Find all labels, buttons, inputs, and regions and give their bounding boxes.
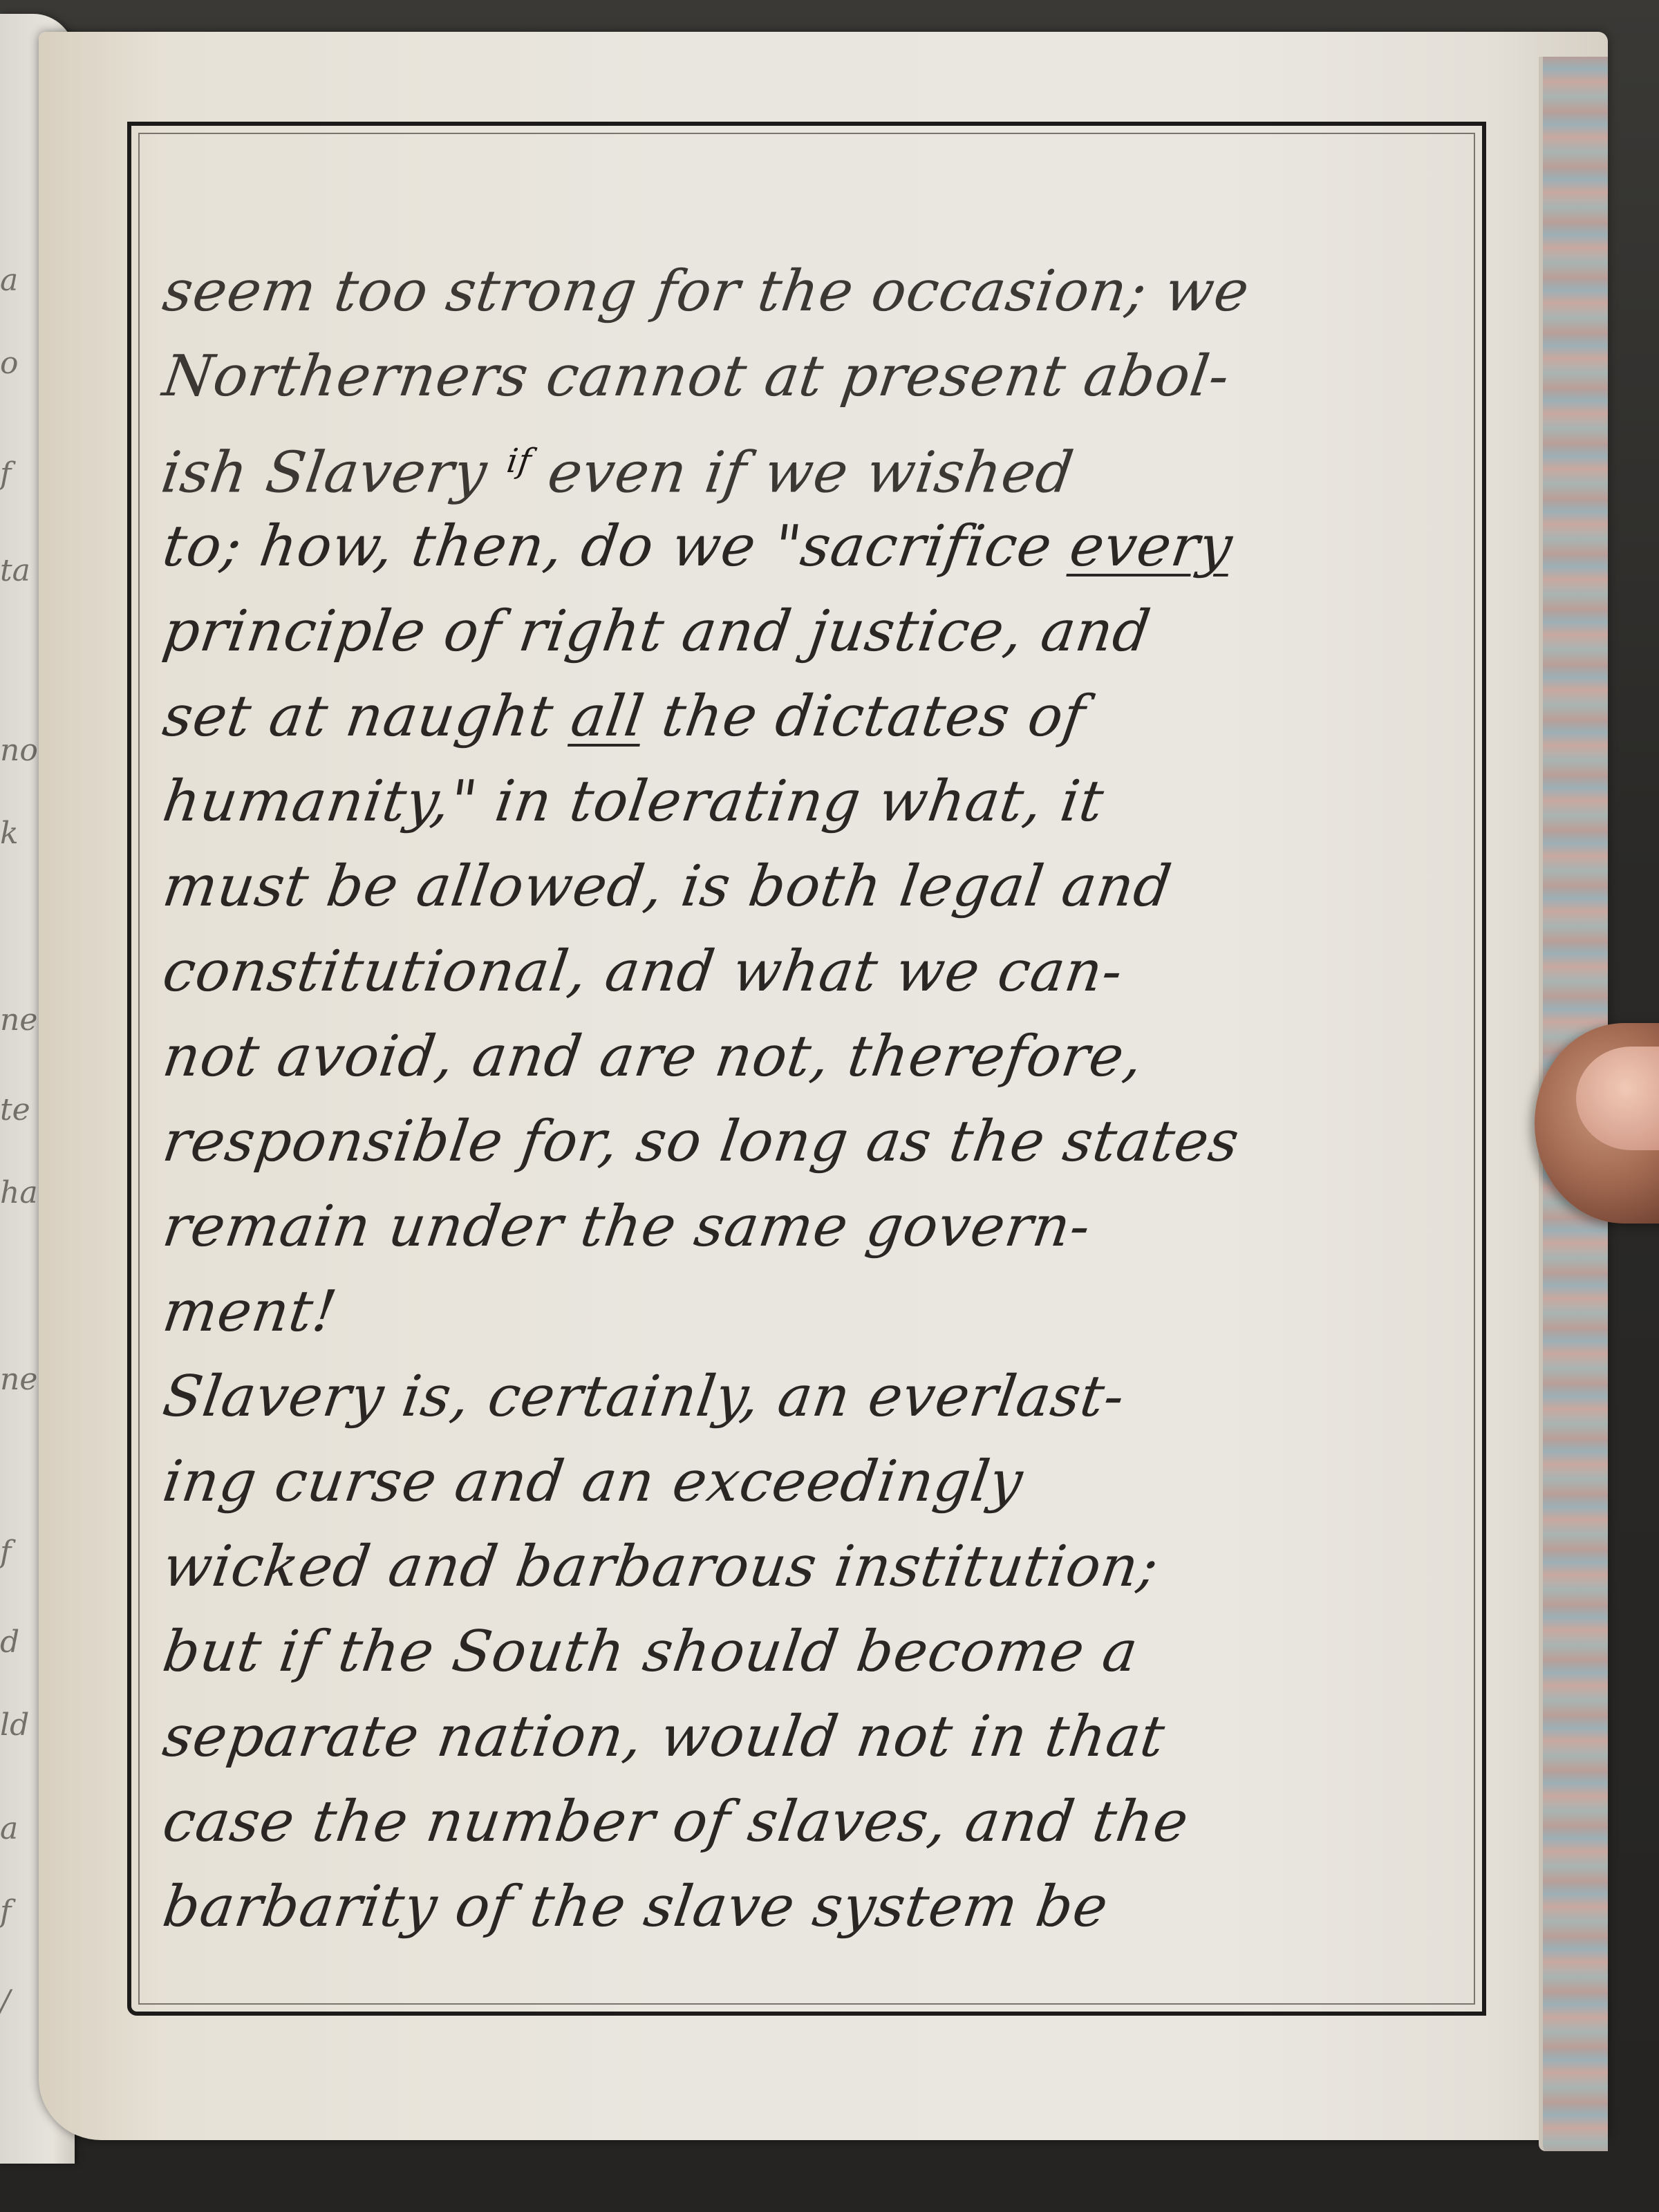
underlined-word: all xyxy=(567,684,648,749)
left-fragment: ne xyxy=(0,1002,37,1038)
text-line: principle of right and justice, and xyxy=(158,589,1524,674)
left-fragment: / xyxy=(0,1984,10,2019)
left-fragment: d xyxy=(0,1624,19,1660)
text-line: responsible for, so long as the states xyxy=(158,1099,1524,1184)
text-line: must be allowed, is both legal and xyxy=(158,844,1524,929)
left-fragment: ta xyxy=(0,553,30,588)
left-fragment: a xyxy=(0,1811,18,1846)
handwritten-text: seem too strong for the occasion; we Nor… xyxy=(158,249,1512,1949)
text-line: ing curse and an exceedingly xyxy=(158,1439,1524,1524)
text-line: separate nation, would not in that xyxy=(158,1694,1524,1779)
left-fragment: o xyxy=(0,346,19,381)
left-fragment: f xyxy=(0,456,11,491)
left-fragment: k xyxy=(0,816,19,851)
text-line: but if the South should become a xyxy=(158,1609,1524,1694)
text-line: ment! xyxy=(158,1269,1524,1354)
text-line: seem too strong for the occasion; we xyxy=(158,249,1524,334)
text-line: ish Slavery if even if we wished xyxy=(158,419,1524,504)
left-fragment: f xyxy=(0,1894,11,1929)
text-line: remain under the same govern- xyxy=(158,1184,1524,1269)
text-line: wicked and barbarous institution; xyxy=(158,1524,1524,1609)
underlined-word: every xyxy=(1066,514,1237,579)
text-line: Northerners cannot at present abol- xyxy=(158,334,1524,419)
left-fragment: ha xyxy=(0,1175,38,1210)
text-line: not avoid, and are not, therefore, xyxy=(158,1014,1524,1099)
thumbnail xyxy=(1576,1047,1659,1150)
left-fragment: f xyxy=(0,1535,11,1570)
text-line: constitutional, and what we can- xyxy=(158,929,1524,1014)
left-fragment: no xyxy=(0,733,38,768)
text-line: barbarity of the slave system be xyxy=(158,1864,1524,1949)
text-line: set at naught all the dictates of xyxy=(158,674,1524,759)
left-fragment: ld xyxy=(0,1707,29,1743)
text-line: to; how, then, do we "sacrifice every xyxy=(158,504,1524,589)
left-fragment: a xyxy=(0,263,18,298)
text-line: Slavery is, certainly, an everlast- xyxy=(158,1354,1524,1439)
text-line: humanity," in tolerating what, it xyxy=(158,759,1524,844)
left-fragment: ne xyxy=(0,1362,37,1397)
left-fragment: te xyxy=(0,1092,30,1127)
text-line: case the number of slaves, and the xyxy=(158,1779,1524,1864)
